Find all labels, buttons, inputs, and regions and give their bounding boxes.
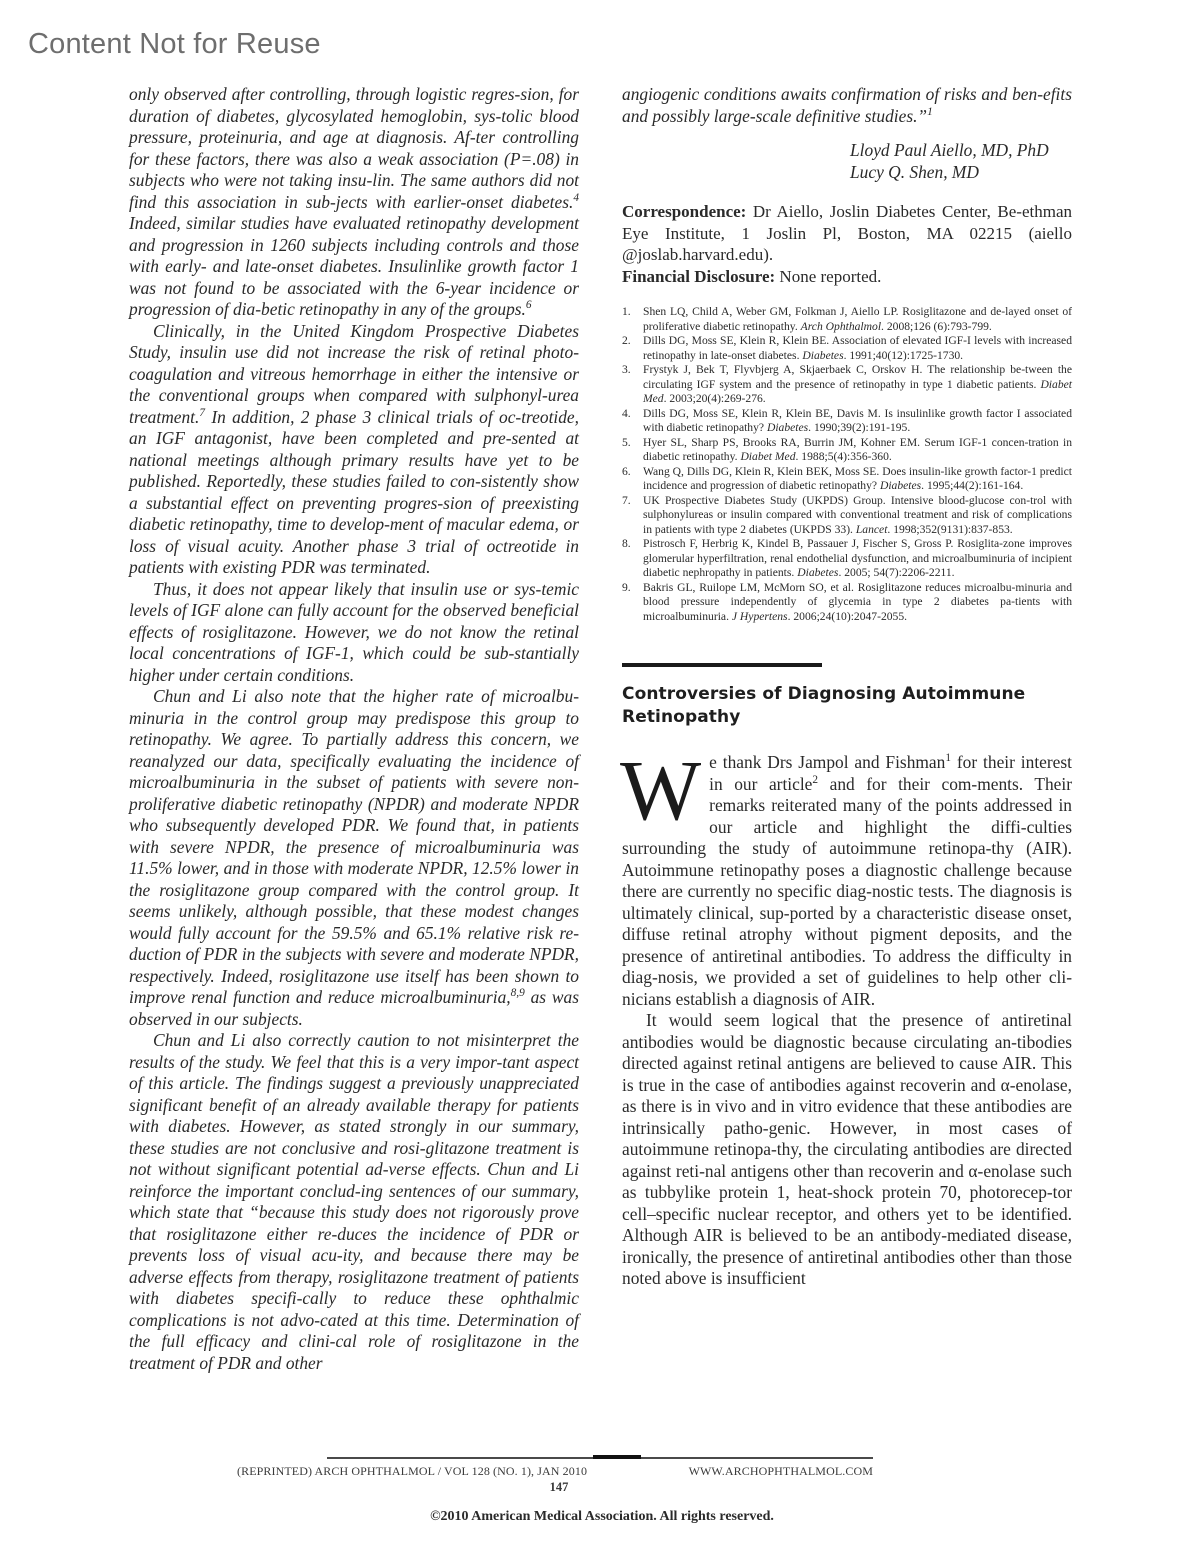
author-name: Lloyd Paul Aiello, MD, PhD — [850, 139, 1072, 161]
footer-rule-marker — [593, 1455, 641, 1459]
paragraph: It would seem logical that the presence … — [622, 1010, 1072, 1290]
reference-item: 6.Wang Q, Dills DG, Klein R, Klein BEK, … — [622, 465, 1072, 494]
paragraph: We thank Drs Jampol and Fishman1 for the… — [622, 752, 1072, 1010]
financial-disclosure: Financial Disclosure: None reported. — [622, 266, 1072, 288]
page-number: 147 — [237, 1480, 873, 1495]
citation: 6 — [526, 299, 532, 311]
paragraph: Chun and Li also note that the higher ra… — [129, 686, 579, 1030]
citation: 1 — [927, 106, 933, 118]
paragraph: Chun and Li also correctly caution to no… — [129, 1030, 579, 1374]
author-signature: Lloyd Paul Aiello, MD, PhD Lucy Q. Shen,… — [850, 139, 1072, 183]
journal-name: Arch Ophthalmol — [801, 320, 881, 333]
article-title: Controversies of Diagnosing Autoimmune R… — [622, 683, 1072, 729]
left-column: only observed after controlling, through… — [129, 84, 579, 1374]
journal-name: Diabetes — [802, 349, 843, 362]
reference-item: 5.Hyer SL, Sharp PS, Brooks RA, Burrin J… — [622, 436, 1072, 465]
journal-name: Diabetes — [797, 566, 838, 579]
reference-item: 8.Pistrosch F, Herbrig K, Kindel B, Pass… — [622, 537, 1072, 581]
right-column: angiogenic conditions awaits confirmatio… — [622, 84, 1072, 1290]
journal-name: Diabet Med — [740, 450, 795, 463]
journal-info: (REPRINTED) ARCH OPHTHALMOL / VOL 128 (N… — [237, 1464, 587, 1479]
citation: 4 — [573, 192, 579, 204]
reference-list: 1.Shen LQ, Child A, Weber GM, Folkman J,… — [622, 305, 1072, 624]
journal-name: Diabetes — [767, 421, 808, 434]
citation: 8,9 — [511, 987, 525, 999]
correspondence: Correspondence: Dr Aiello, Joslin Diabet… — [622, 201, 1072, 266]
section-divider — [622, 663, 822, 667]
journal-name: Diabetes — [880, 479, 921, 492]
reference-item: 3.Frystyk J, Bek T, Flyvbjerg A, Skjaerb… — [622, 363, 1072, 407]
reference-item: 9.Bakris GL, Ruilope LM, McMorn SO, et a… — [622, 581, 1072, 625]
letter-body-left: only observed after controlling, through… — [129, 84, 579, 1374]
page-footer: (REPRINTED) ARCH OPHTHALMOL / VOL 128 (N… — [237, 1455, 873, 1495]
paragraph: angiogenic conditions awaits confirmatio… — [622, 84, 1072, 127]
copyright-notice: ©2010 American Medical Association. All … — [0, 1509, 1200, 1525]
watermark: Content Not for Reuse — [28, 28, 321, 61]
letter-body-right: angiogenic conditions awaits confirmatio… — [622, 84, 1072, 127]
disclosure-label: Financial Disclosure: — [622, 267, 775, 286]
drop-cap: W — [620, 752, 701, 822]
journal-website: WWW.ARCHOPHTHALMOL.COM — [689, 1464, 873, 1479]
reference-item: 2.Dills DG, Moss SE, Klein R, Klein BE. … — [622, 334, 1072, 363]
correspondence-label: Correspondence: — [622, 202, 746, 221]
author-name: Lucy Q. Shen, MD — [850, 161, 1072, 183]
paragraph: Clinically, in the United Kingdom Prospe… — [129, 321, 579, 579]
journal-name: J Hypertens — [732, 610, 788, 623]
article-body: We thank Drs Jampol and Fishman1 for the… — [622, 752, 1072, 1290]
paragraph: only observed after controlling, through… — [129, 84, 579, 321]
paragraph: Thus, it does not appear likely that ins… — [129, 579, 579, 687]
reference-item: 4.Dills DG, Moss SE, Klein R, Klein BE, … — [622, 407, 1072, 436]
journal-name: Lancet — [856, 523, 888, 536]
correspondence-block: Correspondence: Dr Aiello, Joslin Diabet… — [622, 201, 1072, 287]
reference-item: 1.Shen LQ, Child A, Weber GM, Folkman J,… — [622, 305, 1072, 334]
reference-item: 7.UK Prospective Diabetes Study (UKPDS) … — [622, 494, 1072, 538]
